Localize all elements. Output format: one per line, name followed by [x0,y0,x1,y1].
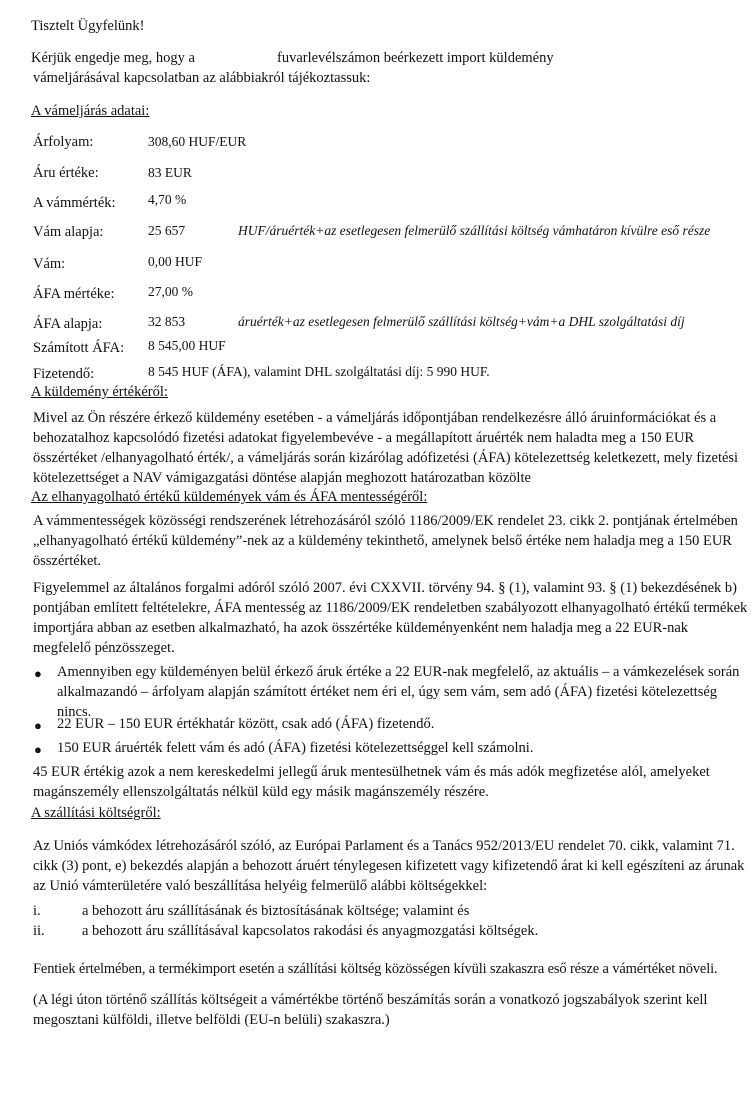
value: 83 EUR [148,165,192,181]
shipping-para2: Fentiek értelmében, a termékimport eseté… [33,959,748,979]
exemption-para2: Figyelemmel az általános forgalmi adóról… [33,578,748,658]
redacted-waybill-number [200,50,270,66]
list-number: i. [33,903,41,920]
bullet-item: 22 EUR – 150 EUR értékhatár között, csak… [57,714,747,734]
exemption-para1: A vámmentességek közösségi rendszerének … [33,511,748,571]
bullet-dot-icon: ● [34,718,42,734]
value: 308,60 HUF/EUR [148,134,246,150]
bullet-dot-icon: ● [34,742,42,758]
value: 8 545,00 HUF [148,338,226,354]
customs-data-heading: A vámeljárás adatai: [31,103,149,120]
value: 0,00 HUF [148,254,202,270]
shipping-para1: Az Uniós vámkódex létrehozásáról szóló, … [33,836,748,896]
intro-line1-start: Kérjük engedje meg, hogy a [31,50,195,67]
value-section-heading: A küldemény értékéről: [31,384,168,401]
note: HUF/áruérték+az esetlegesen felmerülő sz… [238,223,710,239]
list-number: ii. [33,923,45,940]
intro-line1-end: fuvarlevélszámon beérkezett import külde… [277,50,554,67]
list-item: a behozott áru szállításának és biztosít… [82,903,469,920]
label: Vám: [33,256,65,273]
note: áruérték+az esetlegesen felmerülő szállí… [238,314,685,330]
value: 32 853 [148,314,185,330]
bullet-item: 150 EUR áruérték felett vám és adó (ÁFA)… [57,738,747,758]
bullet-item: Amennyiben egy küldeményen belül érkező … [57,662,747,722]
label: Áru értéke: [33,165,99,182]
label: ÁFA alapja: [33,316,102,333]
value-section-text: Mivel az Ön részére érkező küldemény ese… [33,408,748,488]
label: A vámmérték: [33,195,116,212]
list-item: a behozott áru szállításával kapcsolatos… [82,923,538,940]
label: Vám alapja: [33,224,103,241]
label: Árfolyam: [33,134,93,151]
exemption-section-heading: Az elhanyagolható értékű küldemények vám… [31,489,427,506]
label: Fizetendő: [33,366,94,383]
exemption-para3: 45 EUR értékig azok a nem kereskedelmi j… [33,762,748,802]
shipping-section-heading: A szállítási költségről: [31,805,161,822]
shipping-para3: (A légi úton történő szállítás költségei… [33,990,748,1030]
value: 25 657 [148,223,185,239]
intro-line2: vámeljárásával kapcsolatban az alábbiakr… [33,70,370,87]
value: 8 545 HUF (ÁFA), valamint DHL szolgáltat… [148,364,490,380]
value: 27,00 % [148,284,193,300]
label: ÁFA mértéke: [33,286,114,303]
value: 4,70 % [148,192,186,208]
greeting: Tisztelt Ügyfelünk! [31,18,144,35]
label: Számított ÁFA: [33,340,124,357]
bullet-dot-icon: ● [34,666,42,682]
